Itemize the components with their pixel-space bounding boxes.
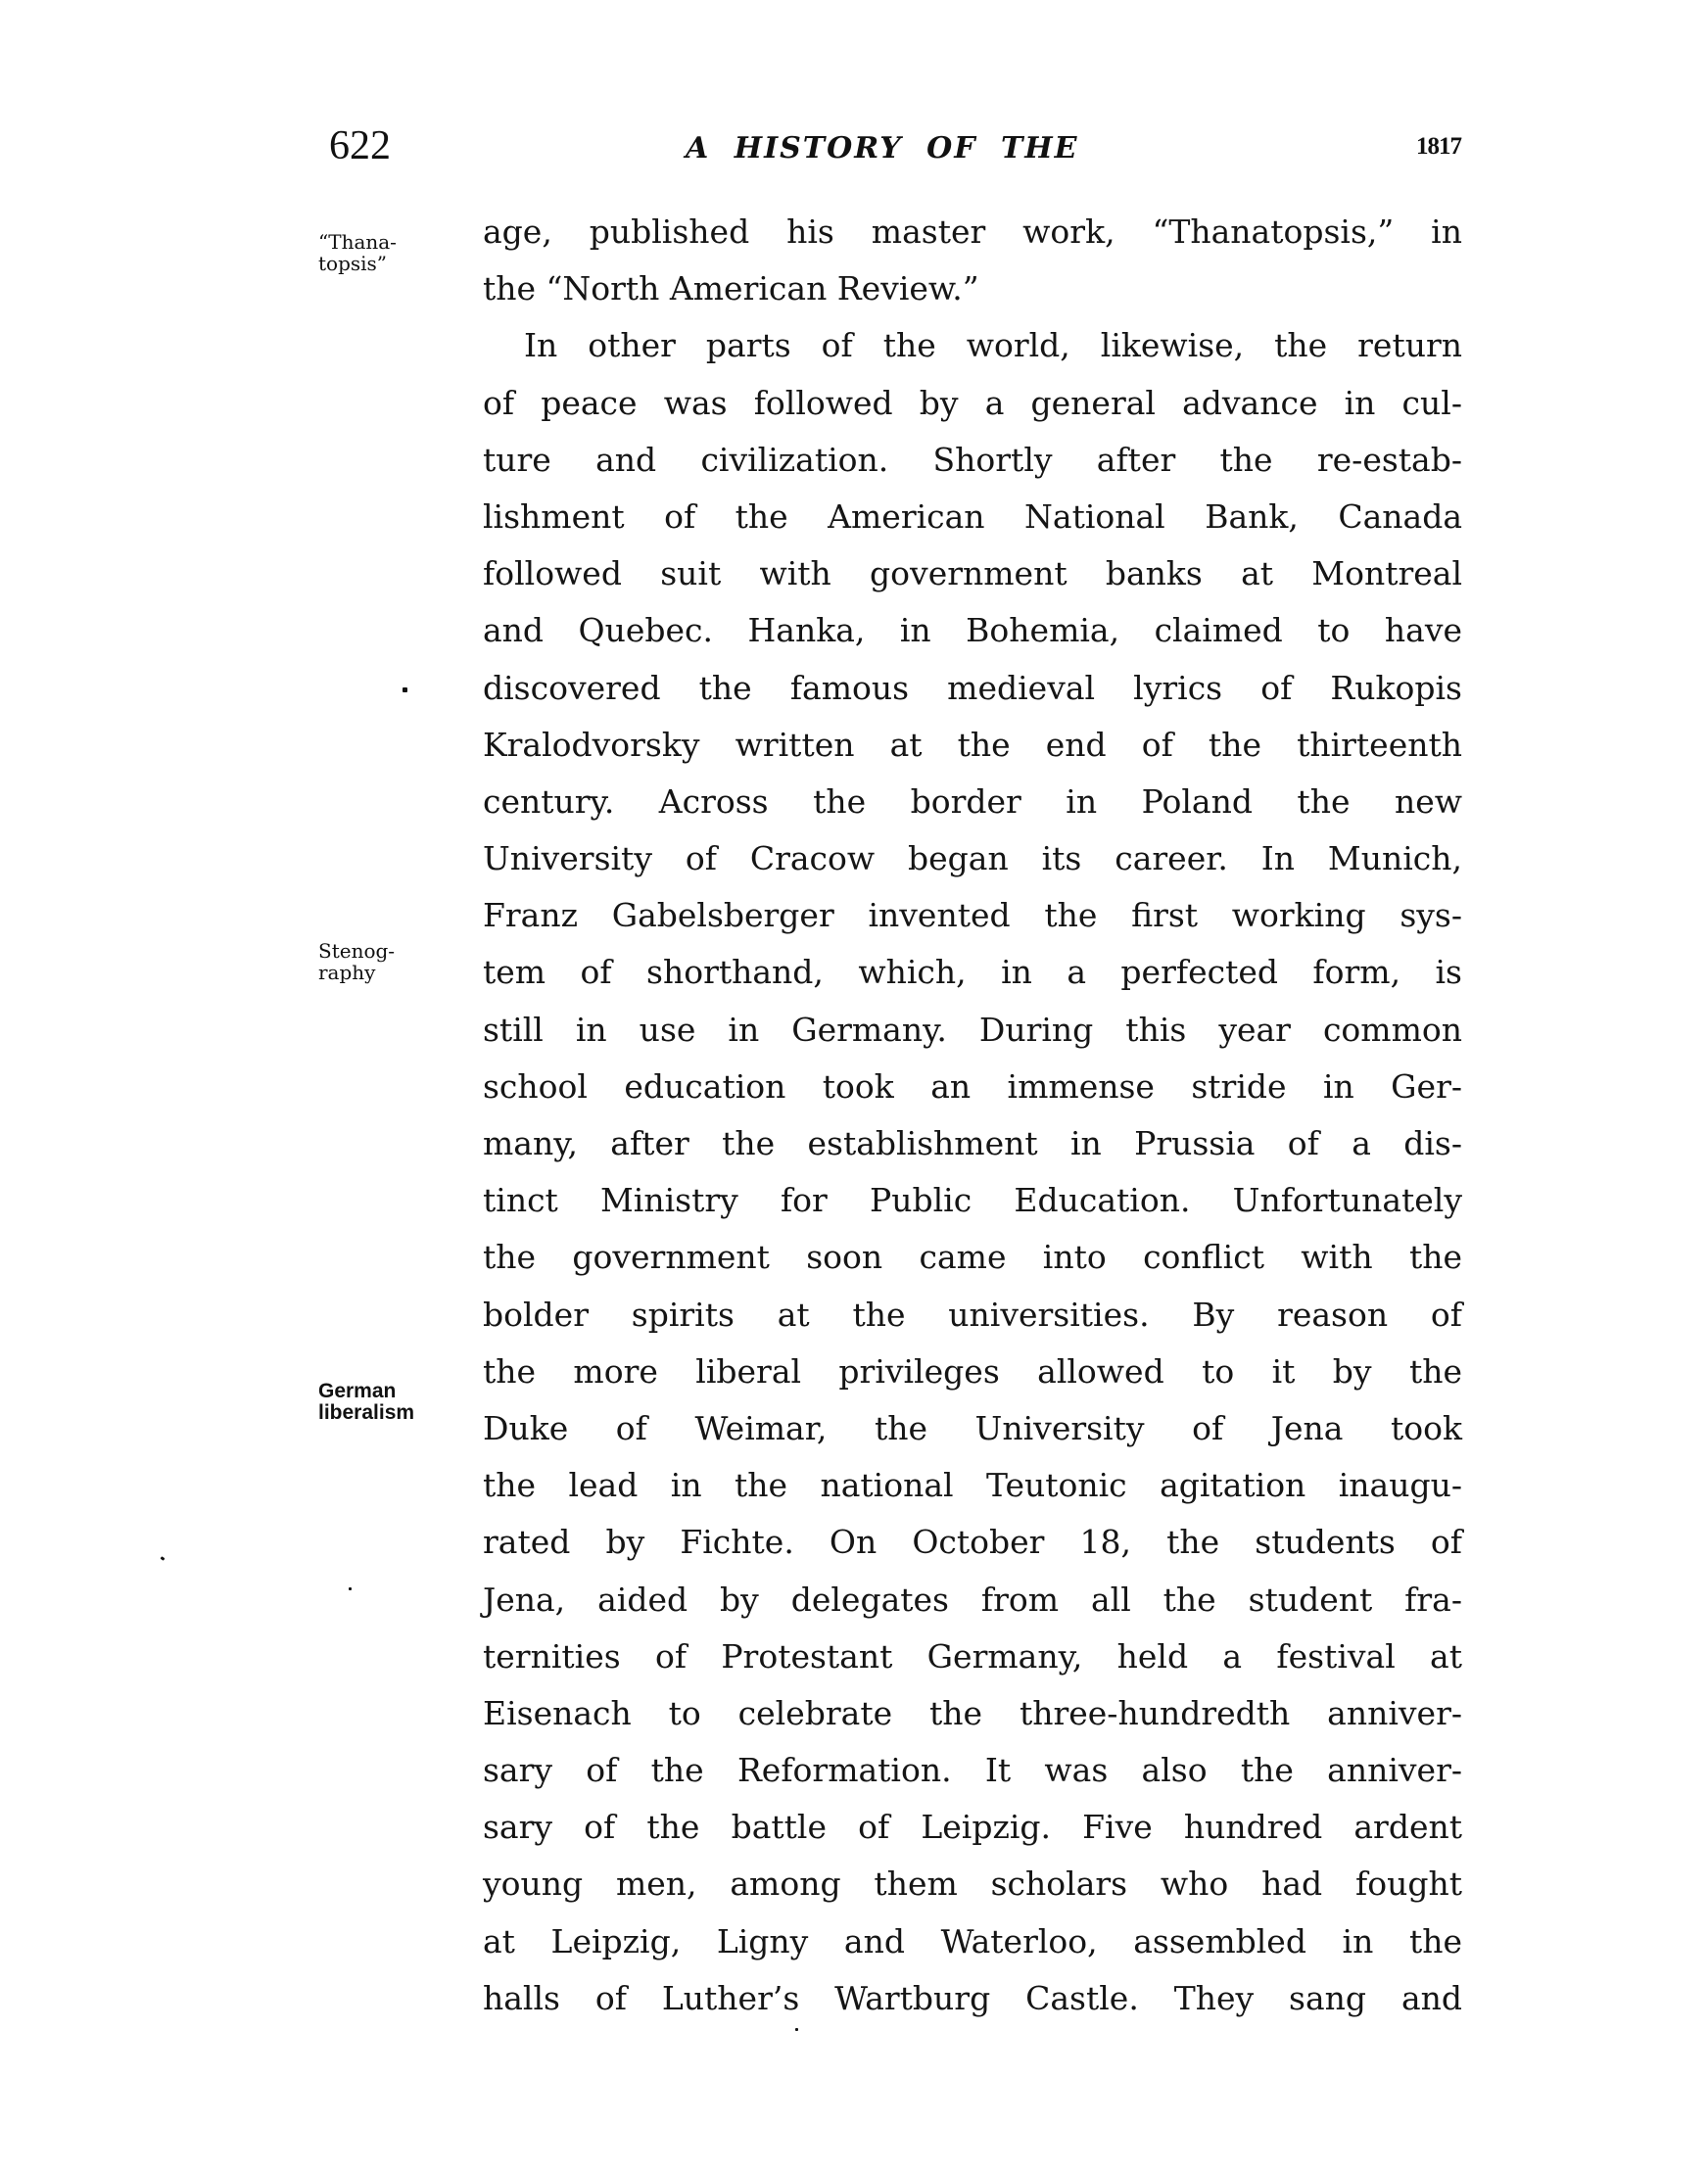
scan-speck bbox=[161, 1556, 166, 1561]
header-year: 1817 bbox=[1416, 133, 1461, 161]
text-line: University of Cracow began its career. I… bbox=[483, 830, 1462, 887]
text-line: Eisenach to celebrate the three-hundredt… bbox=[483, 1685, 1462, 1742]
text-line: the lead in the national Teutonic agitat… bbox=[483, 1457, 1462, 1514]
text-line: school education took an immense stride … bbox=[483, 1059, 1462, 1115]
text-line: the government soon came into conflict w… bbox=[483, 1229, 1462, 1286]
margin-note-thanatopsis: “Thana- topsis” bbox=[318, 231, 465, 274]
text-line: ternities of Protestant Germany, held a … bbox=[483, 1629, 1462, 1685]
text-line: sary of the battle of Leipzig. Five hund… bbox=[483, 1799, 1462, 1856]
text-line: of peace was followed by a general advan… bbox=[483, 375, 1462, 432]
paragraph-start-line: In other parts of the world, likewise, t… bbox=[483, 317, 1462, 374]
text-line: young men, among them scholars who had f… bbox=[483, 1856, 1462, 1912]
text-line: tem of shorthand, which, in a perfected … bbox=[483, 944, 1462, 1001]
text-line: Duke of Weimar, the University of Jena t… bbox=[483, 1400, 1462, 1457]
text-line: Franz Gabelsberger invented the first wo… bbox=[483, 887, 1462, 944]
page-number: 622 bbox=[329, 125, 391, 166]
text-line: lishment of the American National Bank, … bbox=[483, 489, 1462, 545]
margin-note-stenography: Stenog- raphy bbox=[318, 940, 465, 983]
text-line: sary of the Reformation. It was also the… bbox=[483, 1742, 1462, 1799]
text-line: the more liberal privileges allowed to i… bbox=[483, 1344, 1462, 1400]
scan-speck bbox=[403, 687, 407, 692]
text-line: century. Across the border in Poland the… bbox=[483, 774, 1462, 830]
text-line: Jena, aided by delegates from all the st… bbox=[483, 1572, 1462, 1629]
text-line: halls of Luther’s Wartburg Castle. They … bbox=[483, 1970, 1462, 2027]
text-line: tinct Ministry for Public Education. Unf… bbox=[483, 1172, 1462, 1229]
text-line: discovered the famous medieval lyrics of… bbox=[483, 660, 1462, 717]
text-line: Kralodvorsky written at the end of the t… bbox=[483, 717, 1462, 774]
body-text: age, published his master work, “Thanato… bbox=[483, 204, 1462, 2027]
text-line: bolder spirits at the universities. By r… bbox=[483, 1287, 1462, 1344]
text-line: still in use in Germany. During this yea… bbox=[483, 1002, 1462, 1059]
text-line: at Leipzig, Ligny and Waterloo, assemble… bbox=[483, 1913, 1462, 1970]
text-line: followed suit with government banks at M… bbox=[483, 545, 1462, 602]
text-line: rated by Fichte. On October 18, the stud… bbox=[483, 1514, 1462, 1571]
text-line: the “North American Review.” bbox=[483, 260, 1462, 317]
book-page: 622 A HISTORY OF THE 1817 “Thana- topsis… bbox=[0, 0, 1708, 2172]
text-line: ture and civilization. Shortly after the… bbox=[483, 432, 1462, 489]
text-line: and Quebec. Hanka, in Bohemia, claimed t… bbox=[483, 602, 1462, 659]
text-line: many, after the establishment in Prussia… bbox=[483, 1115, 1462, 1172]
text-line: age, published his master work, “Thanato… bbox=[483, 204, 1462, 260]
running-title: A HISTORY OF THE bbox=[686, 131, 1077, 166]
margin-note-german-liberalism: German liberalism bbox=[318, 1381, 465, 1424]
scan-speck bbox=[795, 2028, 798, 2031]
scan-speck bbox=[349, 1587, 352, 1590]
